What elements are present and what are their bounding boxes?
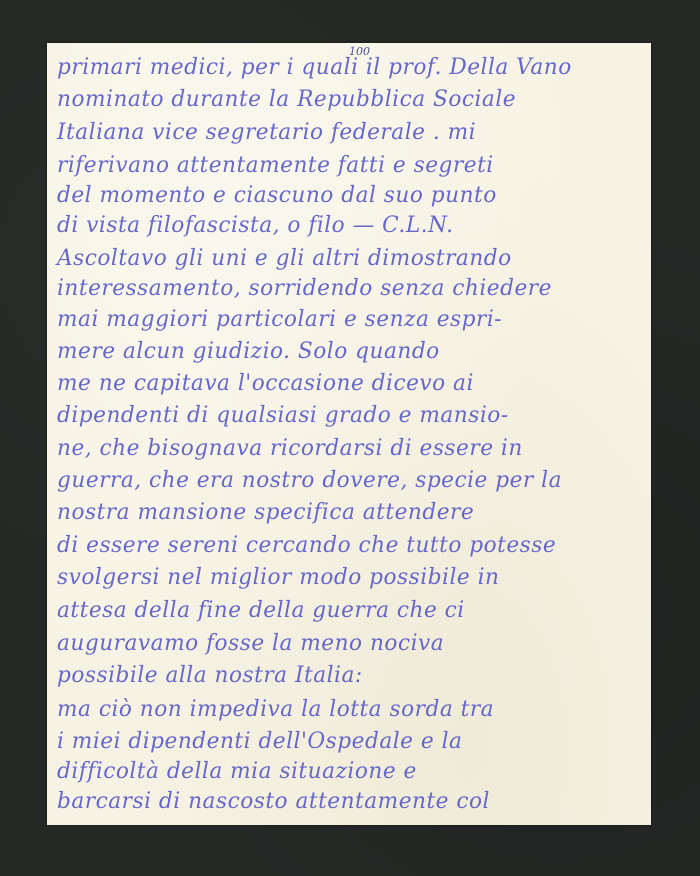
text-line-23: difficoltà della mia situazione e bbox=[57, 759, 642, 784]
text-line-10: mere alcun giudizio. Solo quando bbox=[57, 339, 642, 364]
text-line-9: mai maggiori particolari e senza espri- bbox=[57, 307, 642, 332]
text-line-17: svolgersi nel miglior modo possibile in bbox=[57, 565, 642, 590]
text-line-14: guerra, che era nostro dovere, specie pe… bbox=[57, 468, 642, 493]
text-line-22: i miei dipendenti dell'Ospedale e la bbox=[57, 729, 642, 754]
text-line-1: primari medici, per i quali il prof. Del… bbox=[57, 55, 642, 80]
text-line-4: riferivano attentamente fatti e segreti bbox=[57, 153, 642, 178]
text-line-20: possibile alla nostra Italia: bbox=[57, 663, 642, 688]
text-line-11: me ne capitava l'occasione dicevo ai bbox=[57, 371, 642, 396]
text-line-15: nostra mansione specifica attendere bbox=[57, 500, 642, 525]
text-line-24: barcarsi di nascosto attentamente col bbox=[57, 789, 642, 814]
letter-page: 100 primari medici, per i quali il prof.… bbox=[47, 43, 651, 825]
text-line-13: ne, che bisognava ricordarsi di essere i… bbox=[57, 436, 642, 461]
text-line-2: nominato durante la Repubblica Sociale bbox=[57, 87, 642, 112]
text-line-5: del momento e ciascuno dal suo punto bbox=[57, 183, 642, 208]
text-line-12: dipendenti di qualsiasi grado e mansio- bbox=[57, 403, 642, 428]
text-line-7: Ascoltavo gli uni e gli altri dimostrand… bbox=[57, 246, 642, 271]
text-line-19: auguravamo fosse la meno nociva bbox=[57, 631, 642, 656]
text-line-8: interessamento, sorridendo senza chieder… bbox=[57, 276, 642, 301]
text-line-6: di vista filofascista, o filo — C.L.N. bbox=[57, 213, 642, 238]
text-line-18: attesa della fine della guerra che ci bbox=[57, 598, 642, 623]
text-line-21: ma ciò non impediva la lotta sorda tra bbox=[57, 697, 642, 722]
text-line-16: di essere sereni cercando che tutto pote… bbox=[57, 533, 642, 558]
text-line-3: Italiana vice segretario federale . mi bbox=[57, 120, 642, 145]
